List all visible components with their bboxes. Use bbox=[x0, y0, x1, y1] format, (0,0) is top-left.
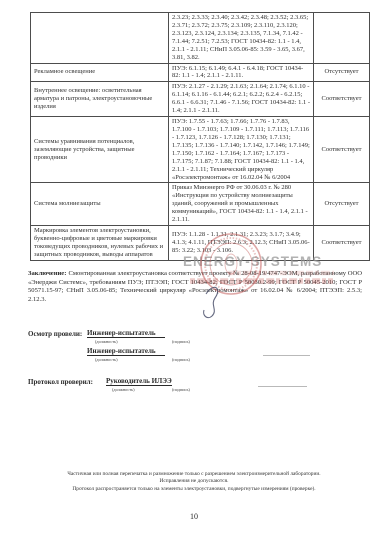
result-cell: Соответствует bbox=[314, 82, 370, 117]
stamp-seal bbox=[188, 224, 340, 326]
inspector-role-2: Инженер-испытатель bbox=[87, 347, 165, 356]
table-row: Рекламное освещение ПУЭ: 6.1.15; 6.1.49;… bbox=[31, 63, 370, 82]
signature-scribble bbox=[204, 287, 218, 317]
inspection-performed-label: Осмотр провели: bbox=[28, 330, 82, 338]
norms-cell: Приказ Минэнерго РФ от 30.06.03 г. № 280… bbox=[169, 183, 314, 226]
object-cell: Маркировка элементов электроустановки, б… bbox=[31, 226, 169, 261]
inspector-role-1: Инженер-испытатель bbox=[87, 329, 165, 338]
page-number: 10 bbox=[0, 512, 388, 521]
norms-cell: ПУЭ: 6.1.15; 6.1.49; 6.4.1 - 6.4.18; ГОС… bbox=[169, 63, 314, 82]
object-cell: Система молниезащиты bbox=[31, 183, 169, 226]
table-row: Системы уравнивания потенциалов, заземля… bbox=[31, 117, 370, 183]
signature-caption: (подпись) bbox=[172, 357, 190, 362]
name-fill-line bbox=[258, 386, 307, 387]
footer-line: Исправления не допускаются. bbox=[0, 478, 388, 485]
signature-caption: (подпись) bbox=[172, 387, 190, 392]
signature-caption: (подпись) bbox=[172, 339, 190, 344]
document-page: 2.3.23; 2.3.33; 2.3.40; 2.3.42; 2.3.48; … bbox=[0, 0, 388, 550]
footer-notes: Частичная или полная перепечатка и размн… bbox=[0, 471, 388, 493]
table-row: Внутреннее освещение: осветительная арма… bbox=[31, 82, 370, 117]
footer-line: Частичная или полная перепечатка и размн… bbox=[0, 471, 388, 478]
protocol-verified-label: Протокол проверил: bbox=[28, 378, 93, 386]
result-cell bbox=[314, 13, 370, 64]
footer-line: Протокол распространяется только на элем… bbox=[0, 486, 388, 493]
position-caption: (должность) bbox=[112, 387, 135, 392]
result-cell: Отсутствует bbox=[314, 63, 370, 82]
norms-cell: ПУЭ: 2.1.27 - 2.1.29; 2.1.63; 2.1.64; 2.… bbox=[169, 82, 314, 117]
object-cell: Системы уравнивания потенциалов, заземля… bbox=[31, 117, 169, 183]
result-cell: Отсутствует bbox=[314, 183, 370, 226]
table-row: 2.3.23; 2.3.33; 2.3.40; 2.3.42; 2.3.48; … bbox=[31, 13, 370, 64]
verifier-role: Руководитель ИЛЭЭ bbox=[106, 377, 172, 386]
position-caption: (должность) bbox=[95, 339, 118, 344]
norms-cell: 2.3.23; 2.3.33; 2.3.40; 2.3.42; 2.3.48; … bbox=[169, 13, 314, 64]
result-cell: Соответствует bbox=[314, 117, 370, 183]
object-cell: Рекламное освещение bbox=[31, 63, 169, 82]
position-caption: (должность) bbox=[95, 357, 118, 362]
conclusion-label: Заключение: bbox=[28, 270, 68, 277]
object-cell: Внутреннее освещение: осветительная арма… bbox=[31, 82, 169, 117]
object-cell bbox=[31, 13, 169, 64]
norms-cell: ПУЭ: 1.7.55 - 1.7.63; 1.7.66; 1.7.76 - 1… bbox=[169, 117, 314, 183]
table-row: Система молниезащиты Приказ Минэнерго РФ… bbox=[31, 183, 370, 226]
name-fill-line bbox=[263, 355, 310, 356]
